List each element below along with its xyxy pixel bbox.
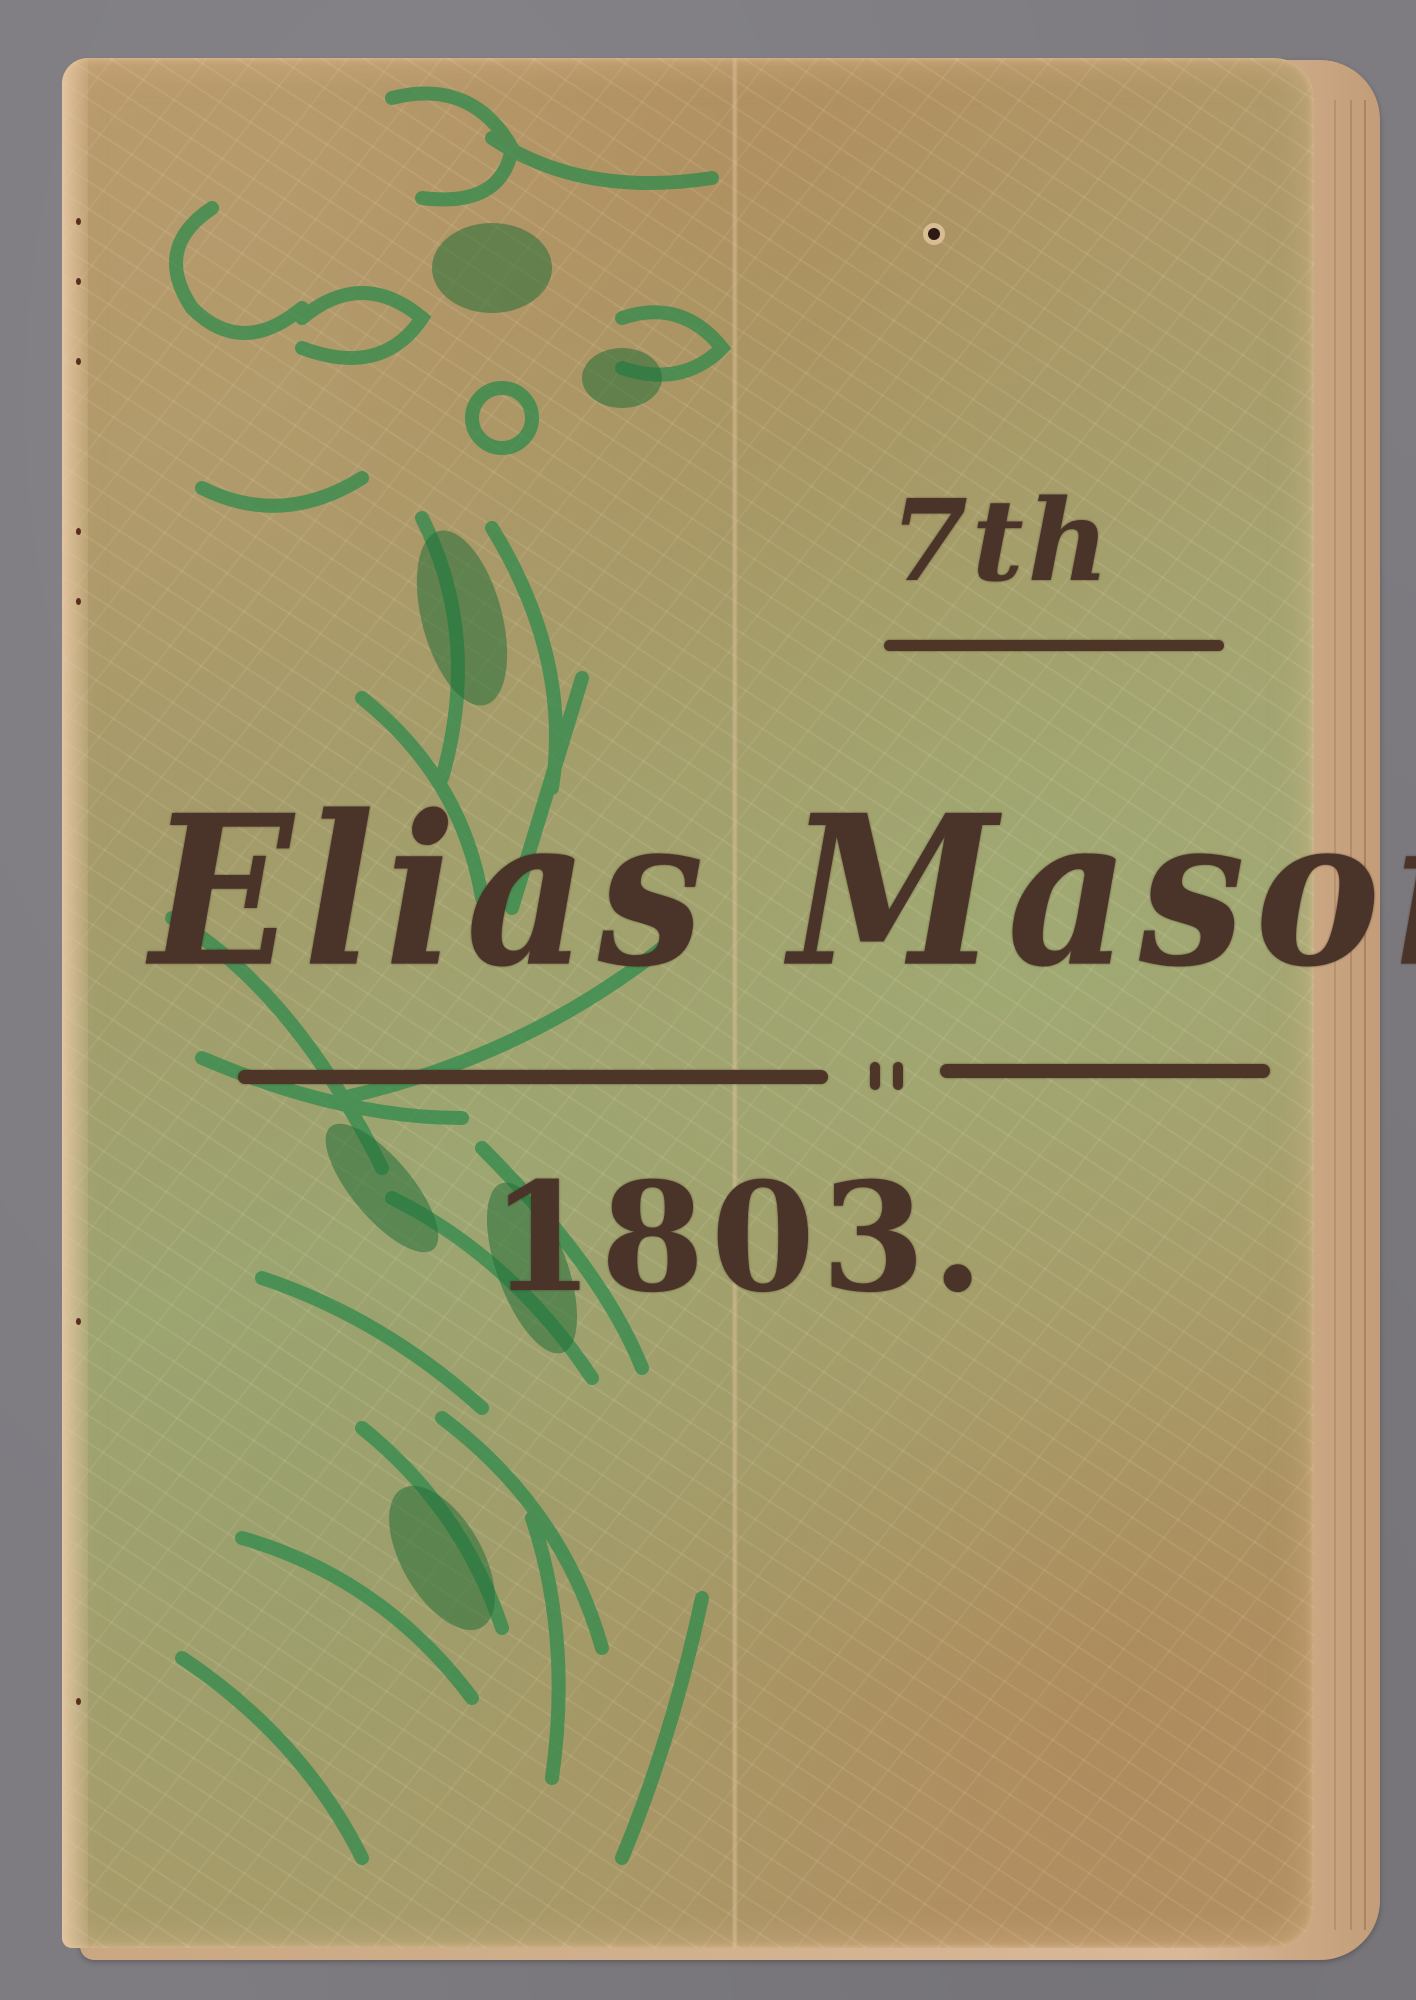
inscription-name: Elias Mason bbox=[150, 770, 1416, 1013]
stitch-hole bbox=[76, 358, 81, 365]
stitch-hole bbox=[76, 1318, 81, 1325]
stitch-hole bbox=[76, 218, 81, 225]
pinhole bbox=[928, 228, 940, 240]
binding-edge bbox=[62, 58, 88, 1948]
inscription-number: 7th bbox=[890, 476, 1113, 607]
stitch-hole bbox=[76, 528, 81, 535]
inscription-name-underline bbox=[940, 1064, 1270, 1078]
inscription-name-underline bbox=[238, 1070, 828, 1084]
inscription-number-underline bbox=[884, 640, 1224, 651]
inscription-name-underline-mark bbox=[870, 1062, 880, 1090]
stitch-hole bbox=[76, 278, 81, 285]
inscription-name-underline-mark bbox=[893, 1062, 903, 1090]
stitch-hole bbox=[76, 1698, 81, 1705]
inscription-year: 1803. bbox=[490, 1150, 990, 1326]
stitch-hole bbox=[76, 598, 81, 605]
